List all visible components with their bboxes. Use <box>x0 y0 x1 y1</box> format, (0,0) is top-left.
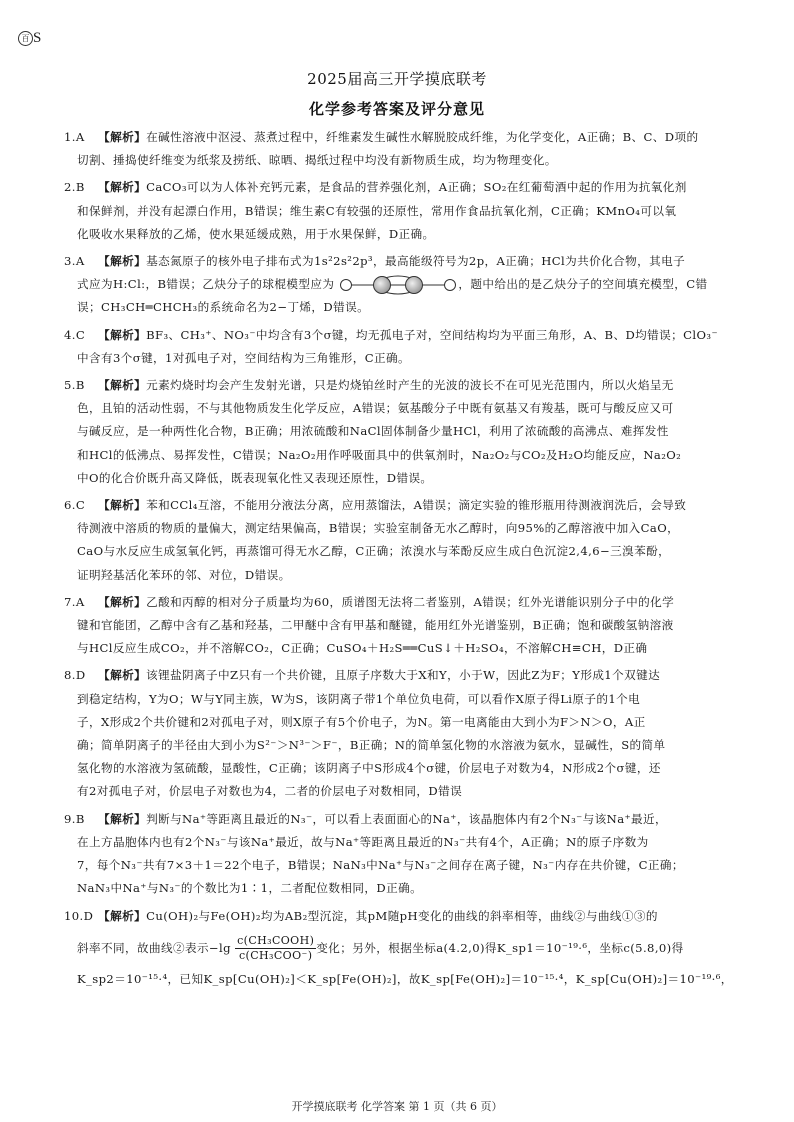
answer-text: NaN₃中Na⁺与N₃⁻的个数比为1∶1，二者配位数相同，D正确。 <box>64 877 732 900</box>
answer-item-10: 10.D 【解析】Cu(OH)₂与Fe(OH)₂均为AB₂型沉淀，其pM随pH变… <box>64 905 732 991</box>
analysis-tag: 【解析】 <box>98 130 146 144</box>
answer-text: 中O的化合价既升高又降低，既表现氧化性又表现还原性，D错误。 <box>64 467 732 490</box>
answer-number: 5.B <box>64 374 94 397</box>
answer-text: 待测液中溶质的物质的量偏大，测定结果偏高，B错误；实验室制备无水乙醇时，向95%… <box>64 517 732 540</box>
answer-number: 2.B <box>64 176 94 199</box>
answer-number: 6.C <box>64 494 94 517</box>
logo-circle-icon: 百 <box>18 31 33 46</box>
answer-text: 7，每个N₃⁻共有7×3＋1＝22个电子，B错误；NaN₃中Na⁺与N₃⁻之间存… <box>64 854 732 877</box>
answer-text: 中含有3个σ键，1对孤电子对，空间结构为三角锥形，C正确。 <box>64 347 732 370</box>
answer-text: 变化；另外，根据坐标a(4.2,0)得K_sp1＝10⁻¹⁹·⁶，坐标c(5.8… <box>316 941 683 955</box>
answer-number: 7.A <box>64 591 94 614</box>
answer-text: K_sp2＝10⁻¹⁵·⁴，已知K_sp[Cu(OH)₂]＜K_sp[Fe(OH… <box>64 968 732 991</box>
answer-text: 键和官能团，乙醇中含有乙基和羟基，二甲醚中含有甲基和醚键，能用红外光谱鉴别，B正… <box>64 614 732 637</box>
answer-number: 10.D <box>64 905 94 928</box>
answer-text: 和HCl的低沸点、易挥发性，C错误；Na₂O₂用作呼吸面具中的供氧剂时，Na₂O… <box>64 444 732 467</box>
answer-text: 在上方晶胞体内也有2个N₃⁻与该Na⁺最近，故与Na⁺等距离且最近的N₃⁻共有4… <box>64 831 732 854</box>
answer-text: 切割、捶捣使纤维变为纸浆及捞纸、晾晒、揭纸过程中均没有新物质生成，均为物理变化。 <box>64 149 732 172</box>
logo-text: S <box>33 30 41 46</box>
answer-item-9: 9.B 【解析】判断与Na⁺等距离且最近的N₃⁻，可以看上表面面心的Na⁺，该晶… <box>64 808 732 901</box>
answer-text: 有2对孤电子对，价层电子对数也为4，二者的价层电子对数相同，D错误 <box>64 780 732 803</box>
answer-text: 式应为H:Cl:，B错误；乙炔分子的球棍模型应为 <box>77 277 334 291</box>
answer-text: 氢化物的水溶液为氢硫酸，显酸性，C正确；该阴离子中S形成4个σ键，价层电子对数为… <box>64 757 732 780</box>
answer-item-8: 8.D 【解析】该锂盐阴离子中Z只有一个共价键，且原子序数大于X和Y，小于W，因… <box>64 664 732 803</box>
fraction-denominator: c(CH₃COO⁻) <box>235 949 316 963</box>
answer-text: 色，且铂的活动性弱，不与其他物质发生化学反应，A错误；氨基酸分子中既有氨基又有羧… <box>64 397 732 420</box>
analysis-tag: 【解析】 <box>98 668 146 682</box>
answer-text: 苯和CCl₄互溶，不能用分液法分离，应用蒸馏法，A错误；滴定实验的锥形瓶用待测液… <box>146 498 686 512</box>
answer-number: 1.A <box>64 126 94 149</box>
answer-text: 证明羟基活化苯环的邻、对位，D错误。 <box>64 564 732 587</box>
answer-text: CaO与水反应生成氢氧化钙，再蒸馏可得无水乙醇，C正确；浓溴水与苯酚反应生成白色… <box>64 540 732 563</box>
analysis-tag: 【解析】 <box>98 595 146 609</box>
exam-title: 2025届高三开学摸底联考 <box>0 68 794 89</box>
answer-text: Cu(OH)₂与Fe(OH)₂均为AB₂型沉淀，其pM随pH变化的曲线的斜率相等… <box>146 909 658 923</box>
answer-number: 9.B <box>64 808 94 831</box>
analysis-tag: 【解析】 <box>98 909 146 923</box>
answer-text: 与HCl反应生成CO₂，并不溶解CO₂，C正确；CuSO₄＋H₂S══CuS↓＋… <box>64 637 732 660</box>
answer-number: 3.A <box>64 250 94 273</box>
answer-text: 判断与Na⁺等距离且最近的N₃⁻，可以看上表面面心的Na⁺，该晶胞体内有2个N₃… <box>146 812 667 826</box>
answer-text: 确；简单阴离子的半径由大到小为S²⁻＞N³⁻＞F⁻，B正确；N的简单氢化物的水溶… <box>64 734 732 757</box>
analysis-tag: 【解析】 <box>98 378 146 392</box>
answer-text: 化吸收水果释放的乙烯，使水果延缓成熟，用于水果保鲜，D正确。 <box>64 223 732 246</box>
publisher-logo: 百S <box>18 30 41 47</box>
answer-number: 4.C <box>64 324 94 347</box>
page-footer: 开学摸底联考 化学答案 第 1 页（共 6 页） <box>0 1098 794 1114</box>
document-title: 化学参考答案及评分意见 <box>0 98 794 119</box>
answer-list: 1.A 【解析】在碱性溶液中沤浸、蒸煮过程中，纤维素发生碱性水解脱胶成纤维，为化… <box>64 126 732 995</box>
acetylene-ball-stick-model-icon <box>338 275 458 295</box>
answer-text: 该锂盐阴离子中Z只有一个共价键，且原子序数大于X和Y，小于W，因此Z为F；Y形成… <box>146 668 660 682</box>
answer-text: ，题中给出的是乙炔分子的空间填充模型，C错 <box>458 277 707 291</box>
answer-text: CaCO₃可以为人体补充钙元素，是食品的营养强化剂，A正确；SO₂在红葡萄酒中起… <box>146 180 687 194</box>
answer-text: 在碱性溶液中沤浸、蒸煮过程中，纤维素发生碱性水解脱胶成纤维，为化学变化，A正确；… <box>146 130 698 144</box>
answer-item-7: 7.A 【解析】乙酸和丙醇的相对分子质量均为60，质谱图无法将二者鉴别，A错误；… <box>64 591 732 661</box>
answer-text: BF₃、CH₃⁺、NO₃⁻中均含有3个σ键，均无孤电子对，空间结构均为平面三角形… <box>146 328 718 342</box>
analysis-tag: 【解析】 <box>98 498 146 512</box>
concentration-ratio-fraction: c(CH₃COOH) c(CH₃COO⁻) <box>235 934 316 963</box>
answer-text: 和保鲜剂，并没有起漂白作用，B错误；维生素C有较强的还原性，常用作食品抗氧化剂，… <box>64 200 732 223</box>
answer-text: 子，X形成2个共价键和2对孤电子对，则X原子有5个价电子，为N。第一电离能由大到… <box>64 711 732 734</box>
answer-text: 基态氮原子的核外电子排布式为1s²2s²2p³，最高能级符号为2p，A正确；HC… <box>146 254 685 268</box>
answer-item-1: 1.A 【解析】在碱性溶液中沤浸、蒸煮过程中，纤维素发生碱性水解脱胶成纤维，为化… <box>64 126 732 172</box>
answer-item-2: 2.B 【解析】CaCO₃可以为人体补充钙元素，是食品的营养强化剂，A正确；SO… <box>64 176 732 246</box>
answer-number: 8.D <box>64 664 94 687</box>
answer-item-3: 3.A 【解析】基态氮原子的核外电子排布式为1s²2s²2p³，最高能级符号为2… <box>64 250 732 320</box>
answer-text: 斜率不同，故曲线②表示−lg <box>77 941 231 955</box>
answer-item-5: 5.B 【解析】元素灼烧时均会产生发射光谱，只是灼烧铂丝时产生的光波的波长不在可… <box>64 374 732 490</box>
analysis-tag: 【解析】 <box>98 812 146 826</box>
answer-item-6: 6.C 【解析】苯和CCl₄互溶，不能用分液法分离，应用蒸馏法，A错误；滴定实验… <box>64 494 732 587</box>
answer-text: 元素灼烧时均会产生发射光谱，只是灼烧铂丝时产生的光波的波长不在可见光范围内，所以… <box>146 378 674 392</box>
answer-text: 乙酸和丙醇的相对分子质量均为60，质谱图无法将二者鉴别，A错误；红外光谱能识别分… <box>146 595 674 609</box>
analysis-tag: 【解析】 <box>98 180 146 194</box>
answer-text: 与碱反应，是一种两性化合物，B正确；用浓硫酸和NaCl固体制备少量HCl，利用了… <box>64 420 732 443</box>
answer-item-4: 4.C 【解析】BF₃、CH₃⁺、NO₃⁻中均含有3个σ键，均无孤电子对，空间结… <box>64 324 732 370</box>
answer-text: 误；CH₃CH═CHCH₃的系统命名为2−丁烯，D错误。 <box>64 296 732 319</box>
fraction-numerator: c(CH₃COOH) <box>235 934 316 949</box>
answer-text: 到稳定结构，Y为O；W与Y同主族，W为S，该阴离子带1个单位负电荷，可以看作X原… <box>64 688 732 711</box>
analysis-tag: 【解析】 <box>98 328 146 342</box>
analysis-tag: 【解析】 <box>98 254 146 268</box>
